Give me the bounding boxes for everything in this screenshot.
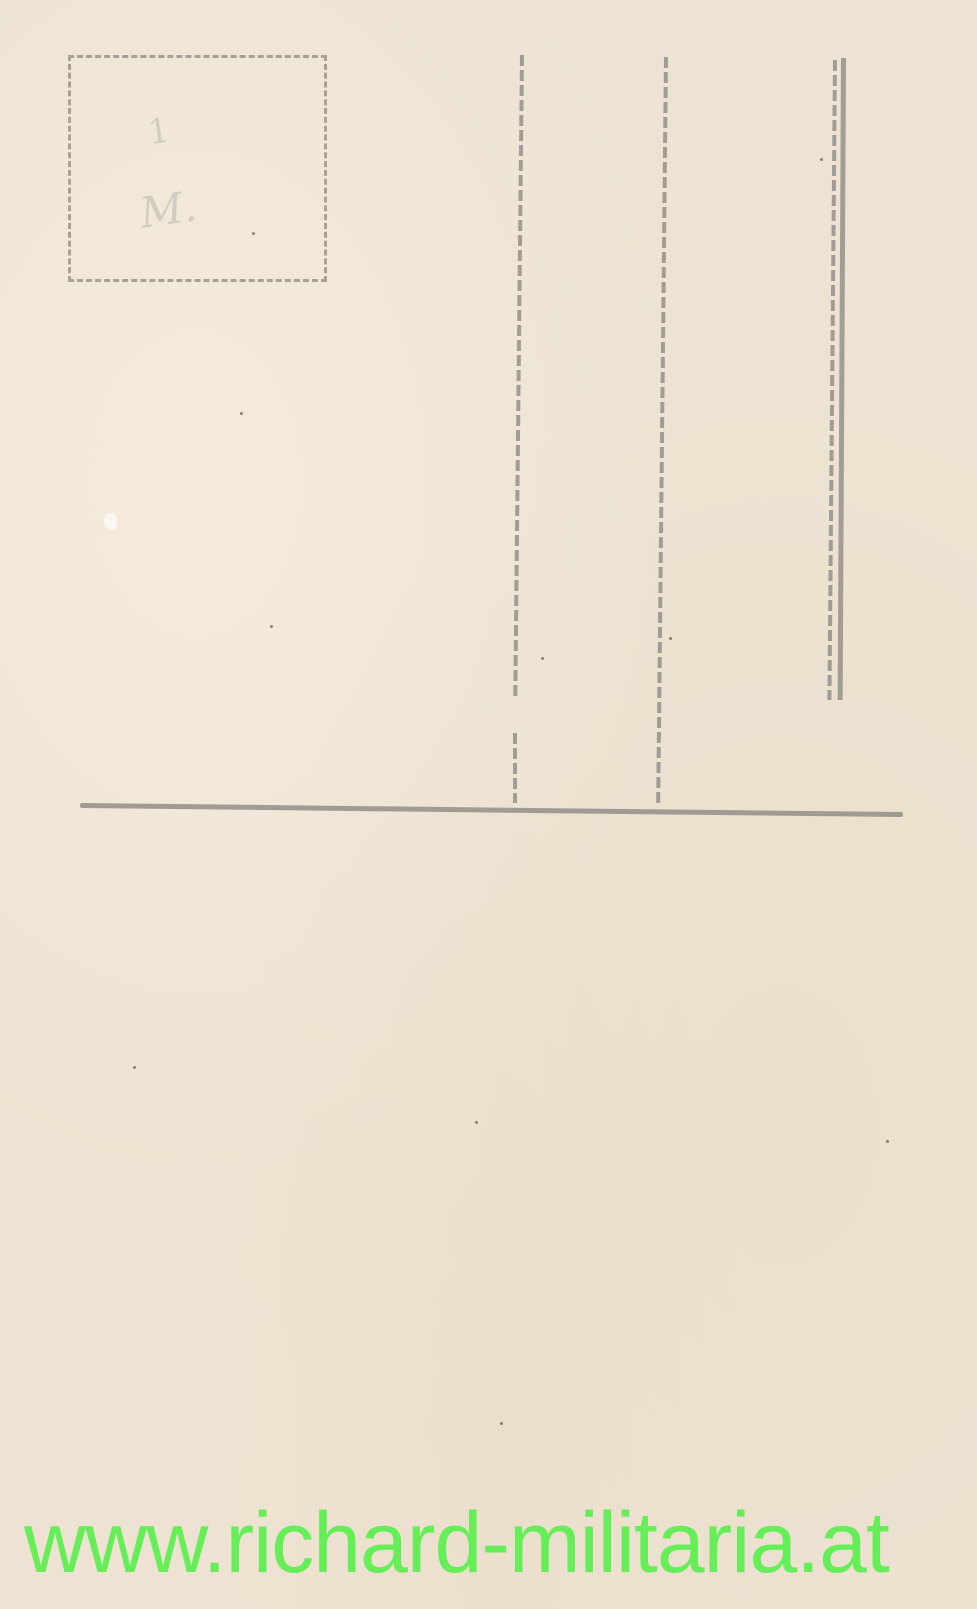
paper-speck [475,1121,478,1124]
stamp-box [68,55,327,282]
paper-blemish [104,513,117,530]
address-line-vertical-1-lower [513,733,517,803]
paper-speck [270,625,273,628]
paper-speck [252,232,255,235]
paper-speck [541,657,544,660]
paper-speck [500,1422,503,1425]
paper-speck [669,637,672,640]
paper-speck [240,412,243,415]
paper-speck [133,1066,136,1069]
watermark-url: www.richard-militaria.at [24,1500,889,1586]
divider-line-horizontal [80,803,903,817]
pencil-note-bottom: M. [137,181,200,237]
paper-speck [886,1140,889,1143]
address-line-vertical-1-upper [513,55,524,697]
postcard-back: 1 M. www.richard-militaria.at [0,0,977,1609]
address-line-vertical-3-dashed [827,60,837,700]
address-line-vertical-2 [656,57,668,805]
paper-speck [820,158,823,161]
address-line-vertical-3-solid [838,58,846,700]
